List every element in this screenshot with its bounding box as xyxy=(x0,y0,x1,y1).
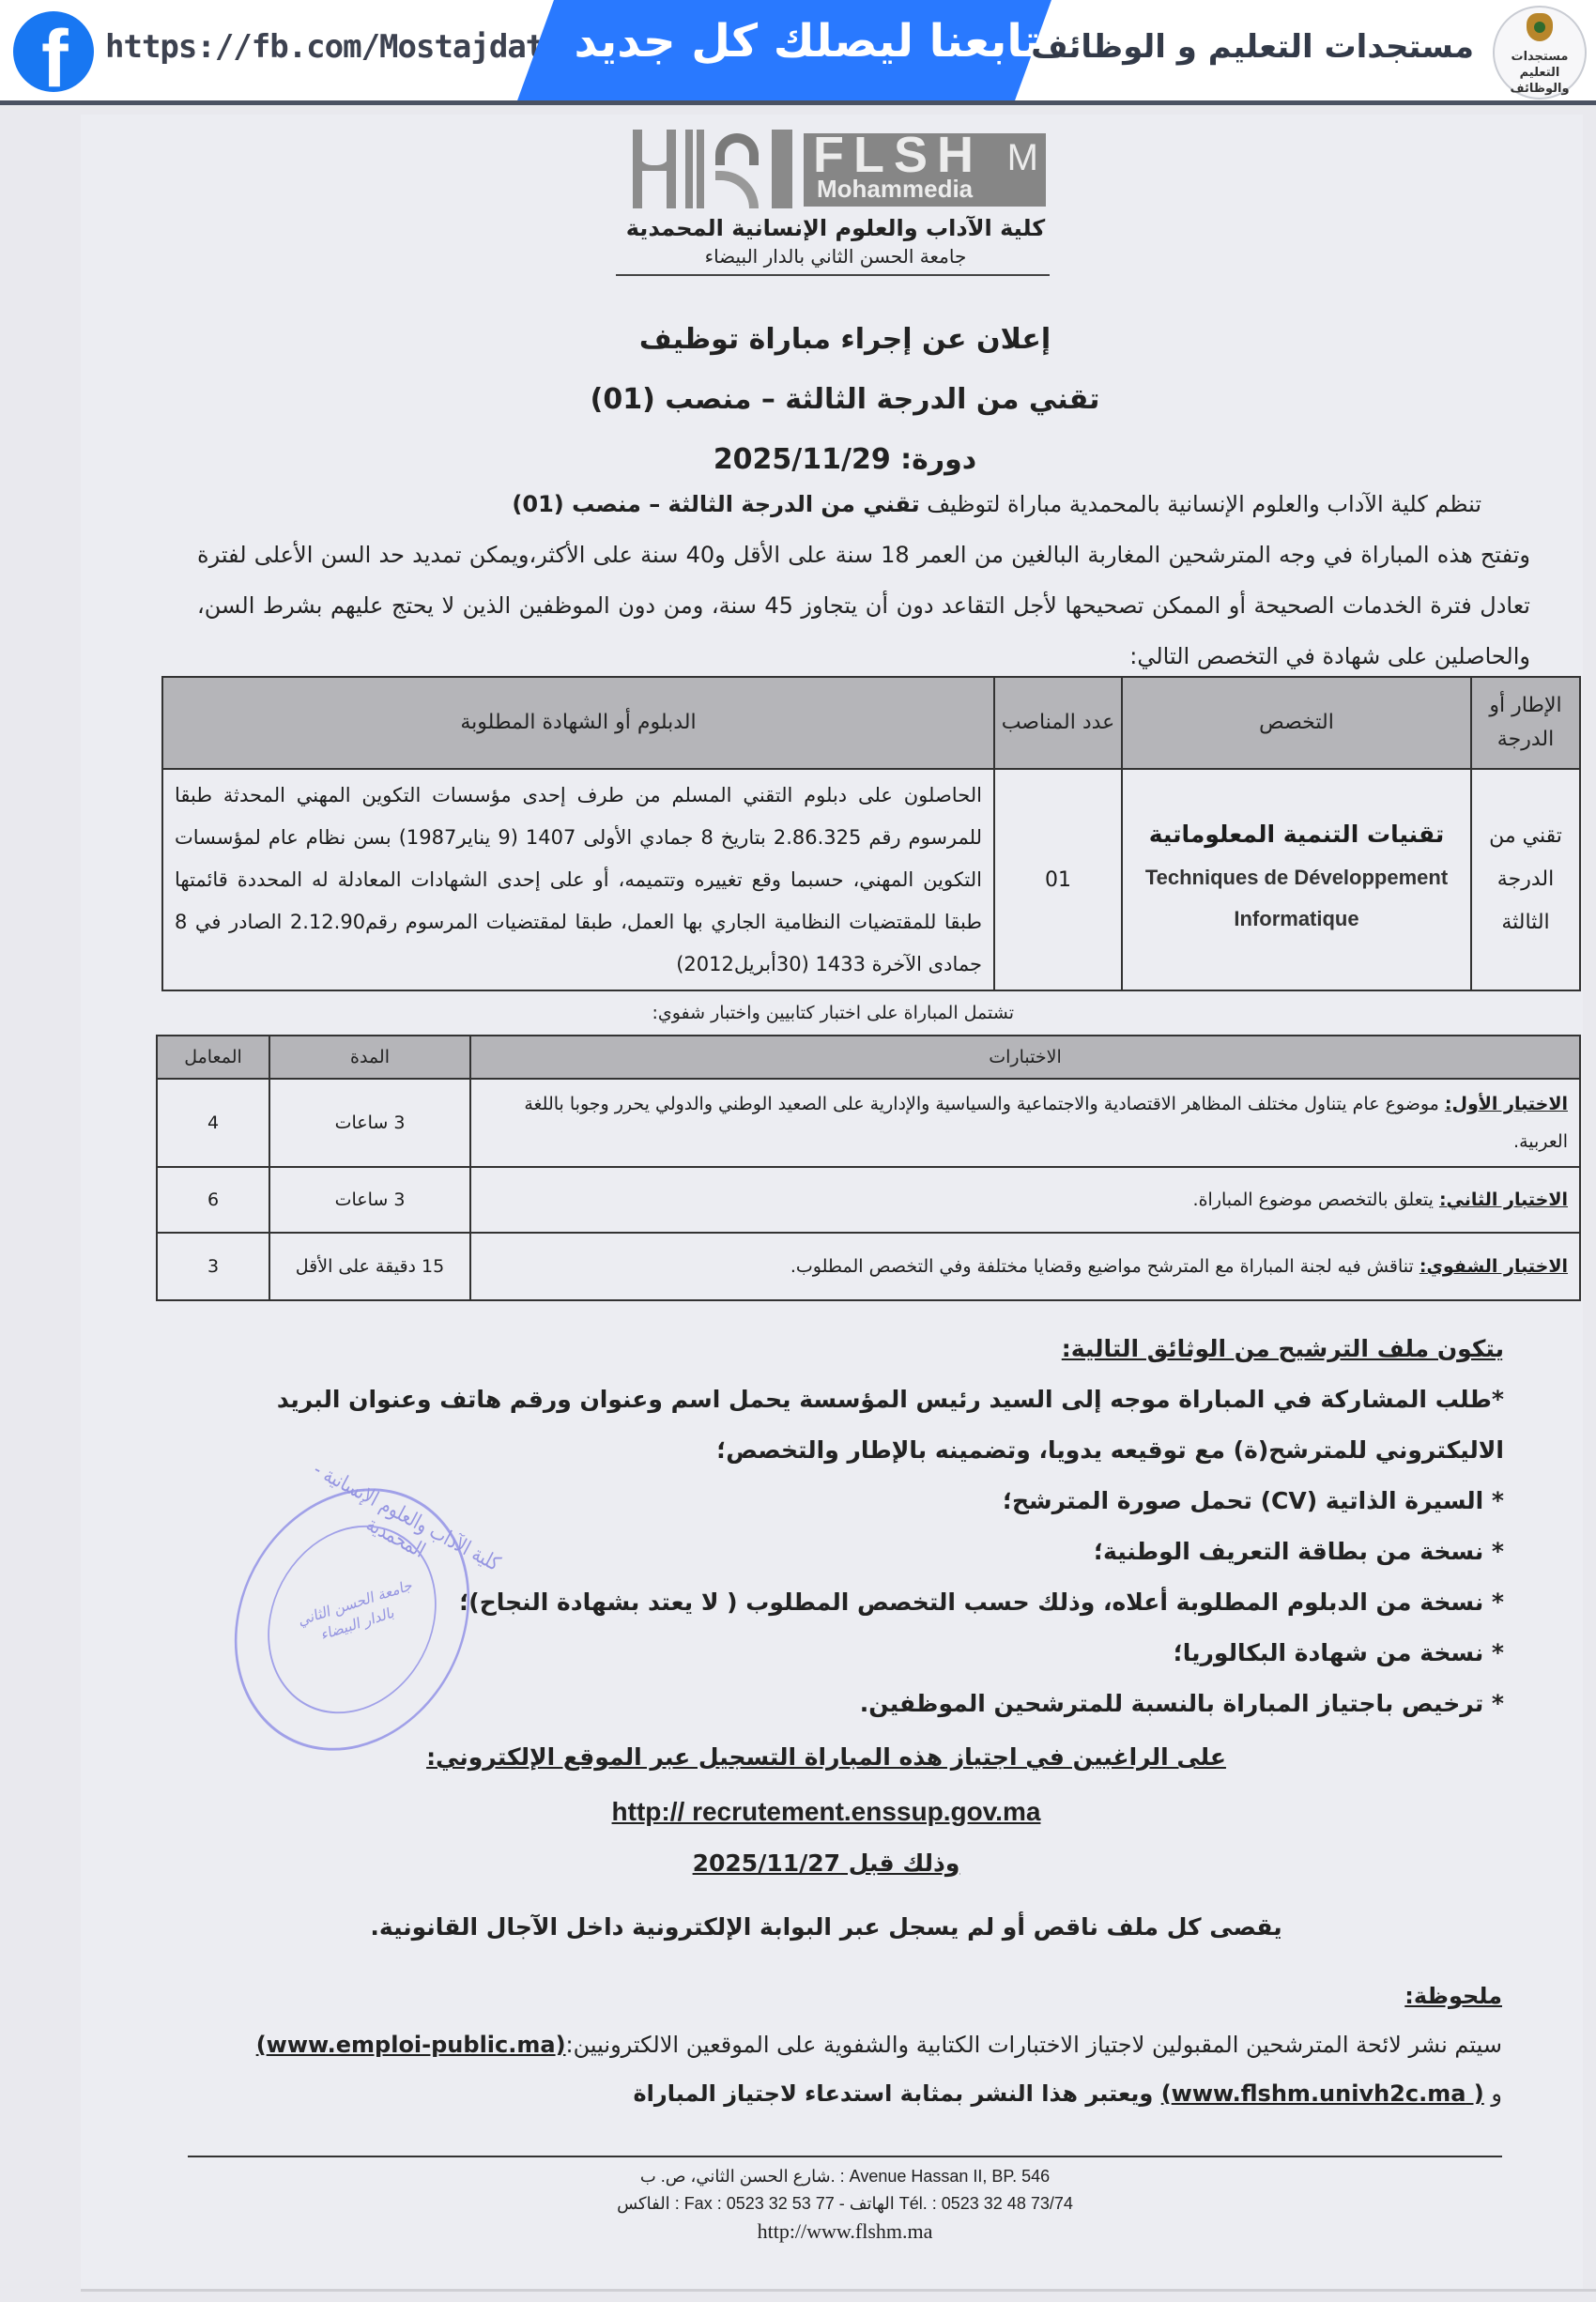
flshm-univ-link[interactable]: ( www.flshm.univh2c.ma) xyxy=(1161,2080,1484,2107)
intro-body: وتفتح هذه المباراة في وجه المترشحين المغ… xyxy=(197,529,1530,682)
cell-diploma: الحاصلون على دبلوم التقني المسلم من طرف … xyxy=(162,769,994,990)
intro-lead: تنظم كلية الآداب والعلوم الإنسانية بالمح… xyxy=(197,479,1530,529)
header-grade: الإطار أو الدرجة xyxy=(1471,677,1580,769)
registration-deadline: وذلك قبل 2025/11/27 xyxy=(282,1840,1371,1887)
list-item: * ترخيص باجتياز المباراة بالنسبة للمترشح… xyxy=(263,1679,1504,1729)
registration-instruction: على الراغبين في اجتياز هذه المباراة التس… xyxy=(282,1737,1371,1778)
registration-url-link[interactable]: http:// recrutement.enssup.gov.ma xyxy=(282,1784,1371,1840)
exam-duration: 15 دقيقة على الأقل xyxy=(269,1233,470,1300)
badge-text: مستجدات التعليم والوظائف xyxy=(1495,49,1585,97)
follow-us-text: تابعنا ليصلك كل جديد xyxy=(563,15,1051,68)
title-line-1: إعلان عن إجراء مباراة توظيف xyxy=(376,310,1314,370)
header-count: عدد المناصب xyxy=(994,677,1122,769)
header-coefficient: المعامل xyxy=(157,1036,269,1079)
title-line-2: تقني من الدرجة الثالثة – منصب (01) xyxy=(376,370,1314,430)
footer-website-link[interactable]: http://www.flshm.ma xyxy=(469,2218,1220,2245)
footer-contact: شارع الحسن الثاني، ص. ب. : Avenue Hassan… xyxy=(469,2163,1220,2245)
header-exams: الاختبارات xyxy=(470,1036,1580,1079)
cell-count: 01 xyxy=(994,769,1122,990)
header-duration: المدة xyxy=(269,1036,470,1079)
exclusion-warning: يقصى كل ملف ناقص أو لم يسجل عبر البوابة … xyxy=(282,1904,1371,1951)
logo-divider-bar xyxy=(772,130,792,208)
page-edge xyxy=(81,2289,1596,2292)
specialty-arabic: تقنيات التنمية المعلوماتية xyxy=(1123,821,1470,848)
positions-table: الإطار أو الدرجة التخصص عدد المناصب الدب… xyxy=(161,676,1581,991)
intro-paragraph: تنظم كلية الآداب والعلوم الإنسانية بالمح… xyxy=(197,479,1530,682)
site-title: مستجدات التعليم و الوظائف xyxy=(1031,28,1474,66)
exam-duration: 3 ساعات xyxy=(269,1079,470,1167)
exam-coefficient: 6 xyxy=(157,1167,269,1233)
university-name: جامعة الحسن الثاني بالدار البيضاء xyxy=(620,242,1051,270)
faculty-name: كلية الآداب والعلوم الإنسانية المحمدية xyxy=(620,214,1051,242)
faculty-name-block: كلية الآداب والعلوم الإنسانية المحمدية ج… xyxy=(620,214,1051,270)
exam-description: الاختبار الثاني: يتعلق بالتخصص موضوع الم… xyxy=(470,1167,1580,1233)
exam-description: الاختبار الأول: موضوع عام يتناول مختلف ا… xyxy=(470,1079,1580,1167)
positions-header-row: الإطار أو الدرجة التخصص عدد المناصب الدب… xyxy=(162,677,1580,769)
cell-specialty: تقنيات التنمية المعلوماتية Techniques de… xyxy=(1122,769,1471,990)
exam-coefficient: 4 xyxy=(157,1079,269,1167)
specialty-french: Techniques de Développement Informatique xyxy=(1123,857,1470,940)
list-item: * السيرة الذاتية (CV) تحمل صورة المترشح؛ xyxy=(263,1476,1504,1527)
note-block: ملحوظة: سيتم نشر لائحة المترشحين المقبول… xyxy=(165,1972,1502,2118)
documents-heading: يتكون ملف الترشيح من الوثائق التالية: xyxy=(263,1324,1504,1374)
announcement-title: إعلان عن إجراء مباراة توظيف تقني من الدر… xyxy=(376,310,1314,490)
footer-phones: الفاكس : Fax : 0523 32 53 77 - الهاتف Té… xyxy=(469,2190,1220,2218)
note-line-1: سيتم نشر لائحة المترشحين المقبولين لاجتي… xyxy=(165,2020,1502,2069)
moroccan-emblem-icon xyxy=(1527,13,1553,41)
cell-grade: تقني من الدرجة الثالثة xyxy=(1471,769,1580,990)
stamp-center-text: جامعة الحسن الثاني بالدار البيضاء xyxy=(295,1573,419,1653)
logo-wordmark: FLSH M Mohammedia xyxy=(804,133,1046,207)
header-diploma: الدبلوم أو الشهادة المطلوبة xyxy=(162,677,994,769)
facebook-f-icon[interactable]: f xyxy=(13,11,94,92)
footer-divider xyxy=(188,2156,1502,2157)
table-row: الاختبار الأول: موضوع عام يتناول مختلف ا… xyxy=(157,1079,1580,1167)
header-specialty: التخصص xyxy=(1122,677,1471,769)
top-banner: f https://fb.com/MostajdatMaroc تابعنا ل… xyxy=(0,0,1596,105)
university-mark-icon xyxy=(629,130,760,208)
table-row: تقني من الدرجة الثالثة تقنيات التنمية ال… xyxy=(162,769,1580,990)
emploi-public-link[interactable]: (www.emploi-public.ma) xyxy=(256,2032,566,2058)
flshm-logo: FLSH M Mohammedia xyxy=(629,130,1046,208)
exams-intro: تشتمل المباراة على اختبار كتابيين واختبا… xyxy=(376,1003,1014,1023)
list-item: *طلب المشاركة في المباراة موجه إلى السيد… xyxy=(263,1374,1504,1476)
note-line-2: و ( www.flshm.univh2c.ma) ويعتبر هذا الن… xyxy=(165,2069,1502,2118)
table-row: الاختبار الشفوي: تناقش فيه لجنة المباراة… xyxy=(157,1233,1580,1300)
site-logo-badge: مستجدات التعليم والوظائف xyxy=(1493,6,1587,100)
exam-duration: 3 ساعات xyxy=(269,1167,470,1233)
exam-description: الاختبار الشفوي: تناقش فيه لجنة المباراة… xyxy=(470,1233,1580,1300)
footer-address: شارع الحسن الثاني، ص. ب. : Avenue Hassan… xyxy=(469,2163,1220,2190)
exams-header-row: الاختبارات المدة المعامل xyxy=(157,1036,1580,1079)
exams-table: الاختبارات المدة المعامل الاختبار الأول:… xyxy=(156,1035,1581,1301)
note-heading: ملحوظة: xyxy=(165,1972,1502,2020)
table-row: الاختبار الثاني: يتعلق بالتخصص موضوع الم… xyxy=(157,1167,1580,1233)
exam-coefficient: 3 xyxy=(157,1233,269,1300)
letterhead-divider xyxy=(616,274,1050,276)
registration-block: على الراغبين في اجتياز هذه المباراة التس… xyxy=(282,1737,1371,1951)
